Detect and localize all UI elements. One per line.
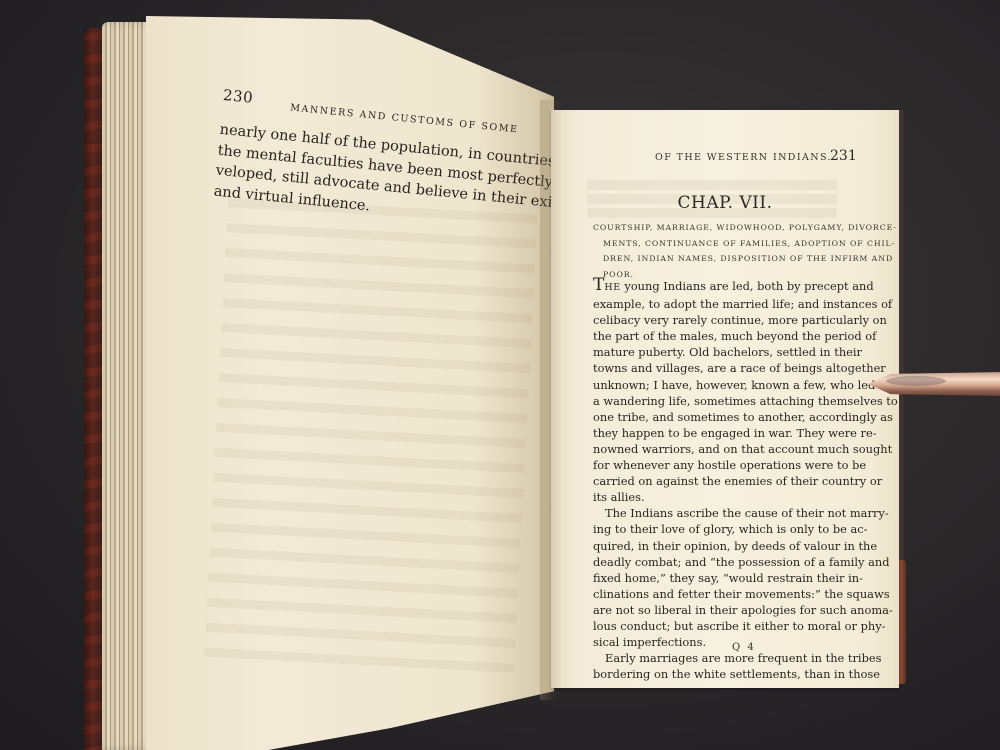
text-line: one tribe, and sometimes to another, acc… bbox=[593, 409, 857, 425]
chapter-title: CHAP. VII. bbox=[551, 193, 899, 213]
text-line: deadly combat; and “the possession of a … bbox=[593, 554, 857, 570]
right-page: OF THE WESTERN INDIANS. 231 CHAP. VII. C… bbox=[551, 110, 899, 688]
text-line: ing to their love of glory, which is onl… bbox=[593, 521, 857, 537]
text-line: nowned warriors, and on that account muc… bbox=[593, 441, 857, 457]
synopsis-line: DREN, INDIAN NAMES, DISPOSITION OF THE I… bbox=[593, 251, 863, 267]
page-number-right: 231 bbox=[830, 148, 857, 164]
text-line: a wandering life, sometimes attaching th… bbox=[593, 393, 857, 409]
text-line: celibacy very rarely continue, more part… bbox=[593, 312, 857, 328]
synopsis-line: COURTSHIP, MARRIAGE, WIDOWHOOD, POLYGAMY… bbox=[593, 220, 863, 236]
text-line: fixed home,” they say, “would restrain t… bbox=[593, 570, 857, 586]
gutter-shadow bbox=[540, 100, 562, 700]
text-line: The Indians ascribe the cause of their n… bbox=[593, 505, 857, 521]
page-number-left: 230 bbox=[222, 86, 254, 107]
text-line: unknown; I have, however, known a few, w… bbox=[593, 377, 857, 393]
text-line: sical imperfections. bbox=[593, 634, 857, 650]
text-line: Early marriages are more frequent in the… bbox=[593, 650, 857, 666]
text-fragment: young Indians are led, both by precept a… bbox=[621, 279, 874, 293]
text-line: carried on against the enemies of their … bbox=[593, 473, 857, 489]
book-photo: 230 MANNERS AND CUSTOMS OF SOME nearly o… bbox=[0, 0, 1000, 750]
small-caps: HE bbox=[604, 282, 620, 293]
text-line: they happen to be engaged in war. They w… bbox=[593, 425, 857, 441]
text-line: towns and villages, are a race of beings… bbox=[593, 360, 857, 376]
text-line-first: THE young Indians are led, both by prece… bbox=[593, 277, 857, 296]
text-line: example, to adopt the married life; and … bbox=[593, 296, 857, 312]
running-head-right: OF THE WESTERN INDIANS. bbox=[655, 152, 832, 163]
text-line: are not so liberal in their apologies fo… bbox=[593, 602, 857, 618]
text-line: clinations and fetter their movements:” … bbox=[593, 586, 857, 602]
letter-opener-pointer bbox=[868, 372, 1000, 396]
show-through-text bbox=[204, 198, 538, 674]
drop-cap: T bbox=[593, 275, 604, 295]
text-line: its allies. bbox=[593, 489, 857, 505]
text-line: for whenever any hostile operations were… bbox=[593, 457, 857, 473]
text-line: the part of the males, much beyond the p… bbox=[593, 328, 857, 344]
signature-mark: Q 4 bbox=[732, 642, 756, 653]
text-line: lous conduct; but ascribe it either to m… bbox=[593, 618, 857, 634]
text-line: quired, in their opinion, by deeds of va… bbox=[593, 538, 857, 554]
text-line: mature puberty. Old bachelors, settled i… bbox=[593, 344, 857, 360]
chapter-synopsis: COURTSHIP, MARRIAGE, WIDOWHOOD, POLYGAMY… bbox=[593, 220, 863, 282]
right-page-body: THE young Indians are led, both by prece… bbox=[593, 277, 857, 682]
text-line: bordering on the white settlements, than… bbox=[593, 666, 857, 682]
synopsis-line: MENTS, CONTINUANCE OF FAMILIES, ADOPTION… bbox=[593, 236, 863, 252]
